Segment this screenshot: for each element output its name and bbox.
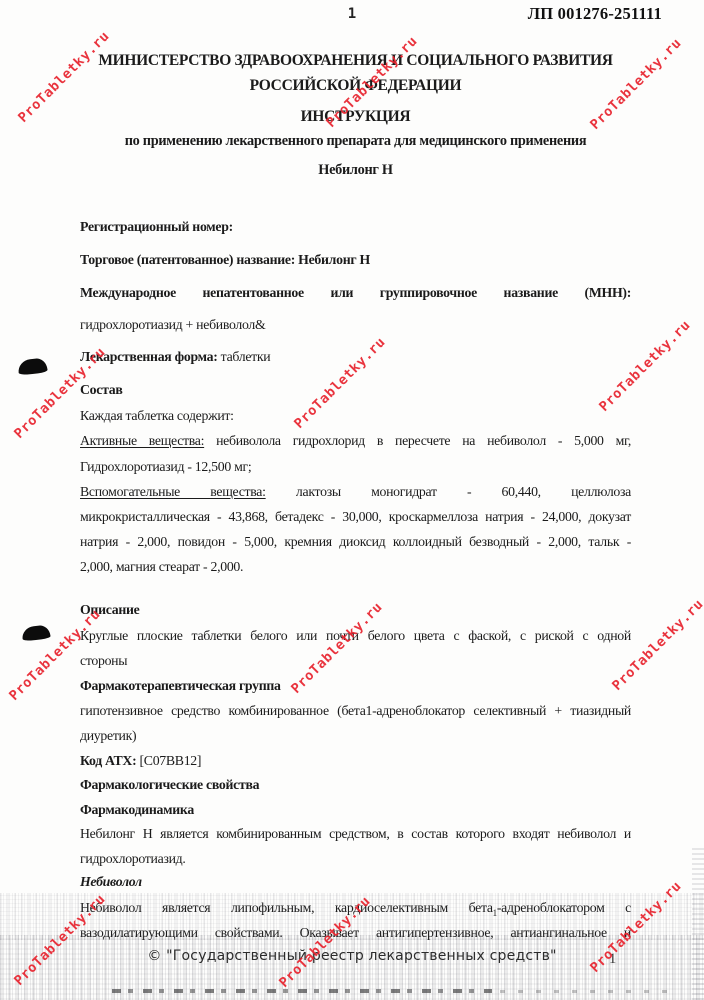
text-segment: небиволола гидрохлорид в пересчете на не…: [204, 433, 631, 448]
text-line: Гидрохлоротиазид - 12,500 мг;: [80, 458, 631, 475]
text-line: микрокристаллическая - 43,868, бетадекс …: [80, 508, 631, 525]
text-segment: -адреноблокатором с: [497, 900, 631, 915]
footer-page-mark: 1: [609, 951, 616, 968]
text-segment: МИНИСТЕРСТВО ЗДРАВООХРАНЕНИЯ И СОЦИАЛЬНО…: [98, 52, 612, 69]
text-line: Небиволол: [80, 873, 631, 890]
text-segment: Небилонг Н: [318, 162, 392, 178]
text-segment: гипотензивное средство комбинированное (…: [80, 703, 631, 718]
text-segment: [C07BB12]: [136, 753, 201, 768]
text-line: МИНИСТЕРСТВО ЗДРАВООХРАНЕНИЯ И СОЦИАЛЬНО…: [80, 52, 631, 69]
text-line: натрия - 2,000, повидон - 5,000, кремния…: [80, 533, 631, 550]
text-line: Фармакологические свойства: [80, 776, 631, 793]
text-line: Вспомогательные вещества: лактозы моноги…: [80, 483, 631, 500]
text-segment: Международное непатентованное или группи…: [80, 285, 631, 300]
text-line: диуретик): [80, 727, 631, 744]
text-segment: Вспомогательные вещества:: [80, 484, 266, 499]
text-segment: натрия - 2,000, повидон - 5,000, кремния…: [80, 534, 631, 549]
text-line: Активные вещества: небиволола гидрохлори…: [80, 432, 631, 449]
ink-blob-artifact: [21, 624, 50, 641]
text-line: Описание: [80, 601, 631, 618]
text-segment: диуретик): [80, 728, 136, 743]
text-segment: Описание: [80, 602, 139, 617]
text-segment: Небиволол является липофильным, кардиосе…: [80, 900, 493, 915]
text-line: РОССИЙСКОЙ ФЕДЕРАЦИИ: [80, 77, 631, 94]
text-segment: Гидрохлоротиазид - 12,500 мг;: [80, 459, 251, 474]
text-segment: Лекарственная форма:: [80, 349, 218, 364]
text-line: Фармакотерапевтическая группа: [80, 677, 631, 694]
text-line: гидрохлоротиазид.: [80, 850, 631, 867]
text-line: Международное непатентованное или группи…: [80, 284, 631, 301]
text-segment: лактозы моногидрат - 60,440, целлюлоза: [266, 484, 631, 499]
text-segment: 2,000, магния стеарат - 2,000.: [80, 559, 243, 574]
text-line: Фармакодинамика: [80, 801, 631, 818]
text-line: Небиволол является липофильным, кардиосе…: [80, 899, 631, 916]
text-line: гипотензивное средство комбинированное (…: [80, 702, 631, 719]
text-segment: вазодилатирующими свойствами. Оказывает …: [80, 925, 631, 940]
text-segment: гидрохлоротиазид + небиволол&: [80, 317, 265, 332]
text-segment: Активные вещества:: [80, 433, 204, 448]
text-line: ИНСТРУКЦИЯ: [80, 108, 631, 125]
text-line: стороны: [80, 652, 631, 669]
text-segment: РОССИЙСКОЙ ФЕДЕРАЦИИ: [250, 77, 462, 94]
document-page: 1 ЛП 001276-251111 МИНИСТЕРСТВО ЗДРАВООХ…: [0, 0, 704, 1000]
text-segment: Небилонг Н является комбинированным сред…: [80, 826, 631, 841]
text-line: 2,000, магния стеарат - 2,000.: [80, 558, 631, 575]
scan-noise-edge: [692, 845, 704, 1000]
scan-artifact-line: [112, 989, 492, 993]
text-line: Регистрационный номер:: [80, 218, 631, 235]
text-segment: гидрохлоротиазид.: [80, 851, 186, 866]
text-segment: Торговое (патентованное) название: Небил…: [80, 252, 370, 267]
text-segment: Код АТХ:: [80, 753, 136, 768]
text-line: Лекарственная форма: таблетки: [80, 348, 631, 365]
text-segment: Состав: [80, 382, 122, 397]
text-segment: таблетки: [218, 349, 271, 364]
text-segment: ИНСТРУКЦИЯ: [301, 108, 411, 125]
text-line: Небилонг Н является комбинированным сред…: [80, 825, 631, 842]
registration-doc-code: ЛП 001276-251111: [528, 4, 662, 24]
scan-artifact-line: [500, 990, 680, 993]
text-line: вазодилатирующими свойствами. Оказывает …: [80, 924, 631, 941]
text-segment: Регистрационный номер:: [80, 219, 233, 234]
text-line: по применению лекарственного препарата д…: [80, 133, 631, 150]
text-line: Каждая таблетка содержит:: [80, 407, 631, 424]
text-segment: Фармакотерапевтическая группа: [80, 678, 281, 693]
text-segment: Каждая таблетка содержит:: [80, 408, 234, 423]
text-line: Небилонг Н: [80, 162, 631, 179]
text-line: Круглые плоские таблетки белого или почт…: [80, 627, 631, 644]
text-segment: Фармакологические свойства: [80, 777, 259, 792]
text-line: Торговое (патентованное) название: Небил…: [80, 251, 631, 268]
text-line: Код АТХ: [C07BB12]: [80, 752, 631, 769]
text-line: Состав: [80, 381, 631, 398]
text-line: гидрохлоротиазид + небиволол&: [80, 316, 631, 333]
footer-copyright: © "Государственный реестр лекарственных …: [0, 948, 704, 964]
text-segment: микрокристаллическая - 43,868, бетадекс …: [80, 509, 631, 524]
text-segment: Фармакодинамика: [80, 802, 194, 817]
ink-blob-artifact: [17, 357, 48, 375]
text-segment: Небиволол: [80, 874, 142, 889]
text-segment: по применению лекарственного препарата д…: [125, 133, 587, 149]
text-segment: стороны: [80, 653, 127, 668]
text-segment: Круглые плоские таблетки белого или почт…: [80, 628, 631, 643]
